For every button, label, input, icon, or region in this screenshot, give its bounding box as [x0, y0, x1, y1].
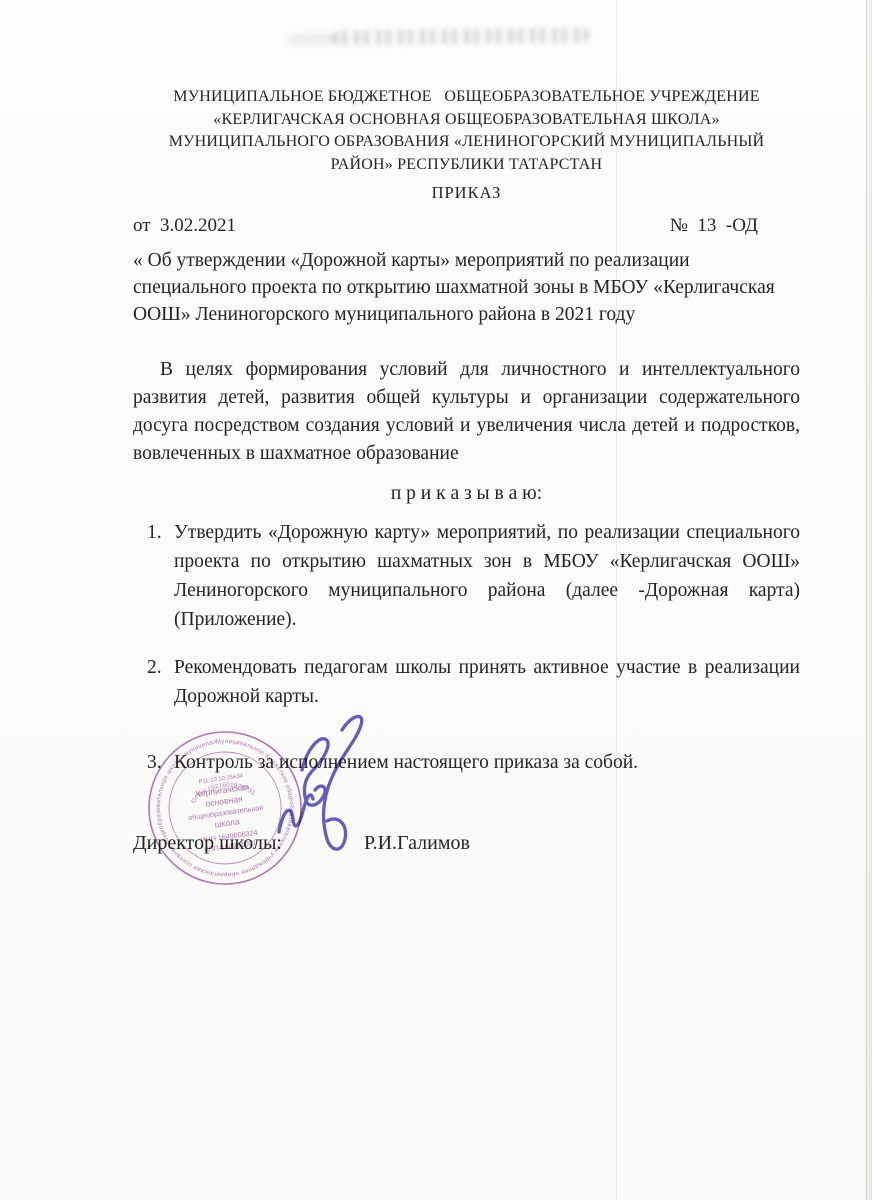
subject-line: ООШ» Лениногорского муниципального район… — [133, 301, 800, 328]
item-number: 2. — [147, 653, 174, 711]
scanned-order-document: МУНИЦИПАЛЬНОЕ БЮДЖЕТНОЕ ОБЩЕОБРАЗОВАТЕЛЬ… — [0, 0, 872, 1200]
item-number: 1. — [147, 518, 174, 634]
subject-line: специального проекта по открытию шахматн… — [133, 274, 800, 301]
letterhead-line: РАЙОН» РЕСПУБЛИКИ ТАТАРСТАН — [133, 154, 800, 177]
document-type-title: ПРИКАЗ — [133, 183, 800, 203]
order-date: от 3.02.2021 — [133, 215, 236, 236]
decree-word: п р и к а з ы в а ю: — [133, 483, 800, 505]
letterhead: МУНИЦИПАЛЬНОЕ БЮДЖЕТНОЕ ОБЩЕОБРАЗОВАТЕЛЬ… — [133, 86, 800, 176]
list-item: 2. Рекомендовать педагогам школы принять… — [147, 653, 800, 711]
handwritten-signature — [272, 708, 374, 874]
date-number-row: от 3.02.2021 № 13 -ОД — [133, 215, 800, 236]
order-subject: « Об утверждении «Дорожной карты» меропр… — [133, 247, 800, 328]
page-edge-line — [866, 0, 867, 1200]
item-text: Рекомендовать педагогам школы принять ак… — [174, 653, 800, 711]
stamp-center-line: школа — [214, 816, 241, 829]
letterhead-line: МУНИЦИПАЛЬНОГО ОБРАЗОВАНИЯ «ЛЕНИНОГОРСКИ… — [133, 131, 800, 154]
signer-name: Р.И.Галимов — [364, 831, 470, 855]
letterhead-line: МУНИЦИПАЛЬНОЕ БЮДЖЕТНОЕ ОБЩЕОБРАЗОВАТЕЛЬ… — [133, 86, 800, 109]
subject-line: « Об утверждении «Дорожной карты» меропр… — [133, 247, 800, 274]
letterhead-line: «КЕРЛИГАЧСКАЯ ОСНОВНАЯ ОБЩЕОБРАЗОВАТЕЛЬН… — [133, 109, 800, 132]
list-item: 1. Утвердить «Дорожную карту» мероприяти… — [147, 518, 800, 634]
preamble-paragraph: В целях формирования условий для личност… — [133, 356, 800, 468]
item-text: Утвердить «Дорожную карту» мероприятий, … — [174, 518, 800, 634]
order-number: № 13 -ОД — [670, 215, 758, 236]
